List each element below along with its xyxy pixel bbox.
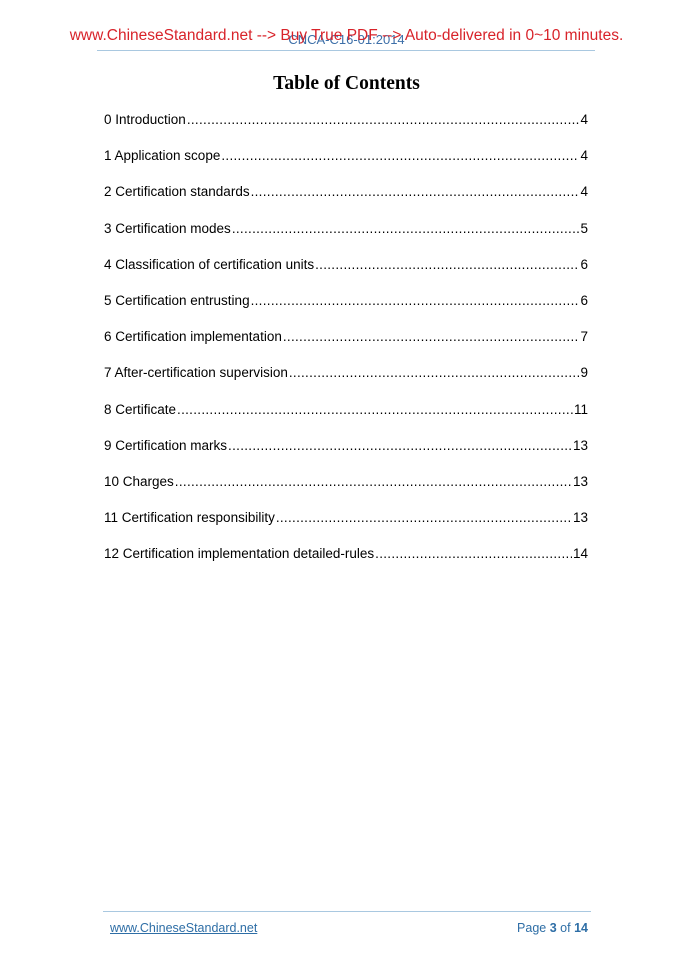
toc-entry-label: 9 Certification marks [104, 438, 227, 453]
toc-entry[interactable]: 9 Certification marks13 [104, 438, 588, 474]
toc-entry[interactable]: 11 Certification responsibility13 [104, 510, 588, 546]
page-prefix: Page [517, 921, 546, 935]
toc-entry-page: 13 [573, 438, 588, 453]
toc-leader-dots [175, 474, 572, 489]
toc-leader-dots [251, 293, 580, 308]
toc-entry-page: 13 [573, 510, 588, 525]
toc-entry-label: 10 Charges [104, 474, 174, 489]
toc-entry-label: 12 Certification implementation detailed… [104, 546, 374, 561]
toc-leader-dots [283, 329, 580, 344]
toc-entry-label: 11 Certification responsibility [104, 510, 275, 525]
toc-leader-dots [315, 257, 579, 272]
toc-leader-dots [232, 221, 580, 236]
toc-entry-label: 0 Introduction [104, 112, 186, 127]
toc-entry-label: 4 Classification of certification units [104, 257, 314, 272]
toc-entry[interactable]: 10 Charges13 [104, 474, 588, 510]
toc-entry-page: 4 [580, 184, 588, 199]
toc-entry-page: 4 [580, 112, 588, 127]
toc-entry[interactable]: 5 Certification entrusting6 [104, 293, 588, 329]
toc-leader-dots [177, 402, 573, 417]
page-title: Table of Contents [0, 73, 693, 95]
toc-entry[interactable]: 8 Certificate11 [104, 402, 588, 438]
toc-entry-label: 8 Certificate [104, 402, 176, 417]
toc-entry[interactable]: 4 Classification of certification units6 [104, 257, 588, 293]
page-of: of [560, 921, 570, 935]
toc-entry[interactable]: 7 After-certification supervision9 [104, 365, 588, 401]
toc-entry-label: 3 Certification modes [104, 221, 231, 236]
toc-entry-page: 6 [580, 293, 588, 308]
page-indicator: Page 3 of 14 [517, 921, 588, 935]
toc-entry-page: 9 [580, 365, 588, 380]
toc-entry-label: 7 After-certification supervision [104, 365, 288, 380]
current-page-number: 3 [550, 921, 557, 935]
footer-website-link[interactable]: www.ChineseStandard.net [110, 921, 257, 935]
table-of-contents: 0 Introduction4 1 Application scope4 2 C… [104, 112, 588, 582]
footer-divider [103, 911, 591, 912]
toc-entry-label: 5 Certification entrusting [104, 293, 250, 308]
toc-entry-page: 14 [573, 546, 588, 561]
total-pages-number: 14 [574, 921, 588, 935]
toc-leader-dots [221, 148, 579, 163]
toc-leader-dots [276, 510, 572, 525]
toc-entry[interactable]: 12 Certification implementation detailed… [104, 546, 588, 582]
toc-entry[interactable]: 2 Certification standards4 [104, 184, 588, 220]
header-divider [97, 50, 595, 51]
toc-leader-dots [187, 112, 580, 127]
toc-entry[interactable]: 3 Certification modes5 [104, 221, 588, 257]
toc-leader-dots [228, 438, 572, 453]
toc-entry-page: 4 [580, 148, 588, 163]
toc-entry-page: 11 [574, 402, 588, 417]
toc-entry-label: 6 Certification implementation [104, 329, 282, 344]
toc-leader-dots [375, 546, 572, 561]
toc-entry-page: 6 [580, 257, 588, 272]
toc-entry[interactable]: 6 Certification implementation7 [104, 329, 588, 365]
toc-entry-page: 7 [580, 329, 588, 344]
toc-entry-page: 5 [580, 221, 588, 236]
toc-entry[interactable]: 0 Introduction4 [104, 112, 588, 148]
toc-leader-dots [251, 184, 580, 199]
toc-entry-page: 13 [573, 474, 588, 489]
toc-entry-label: 2 Certification standards [104, 184, 250, 199]
promo-banner[interactable]: www.ChineseStandard.net --> Buy True PDF… [0, 27, 693, 45]
toc-entry[interactable]: 1 Application scope4 [104, 148, 588, 184]
toc-leader-dots [289, 365, 580, 380]
toc-entry-label: 1 Application scope [104, 148, 220, 163]
